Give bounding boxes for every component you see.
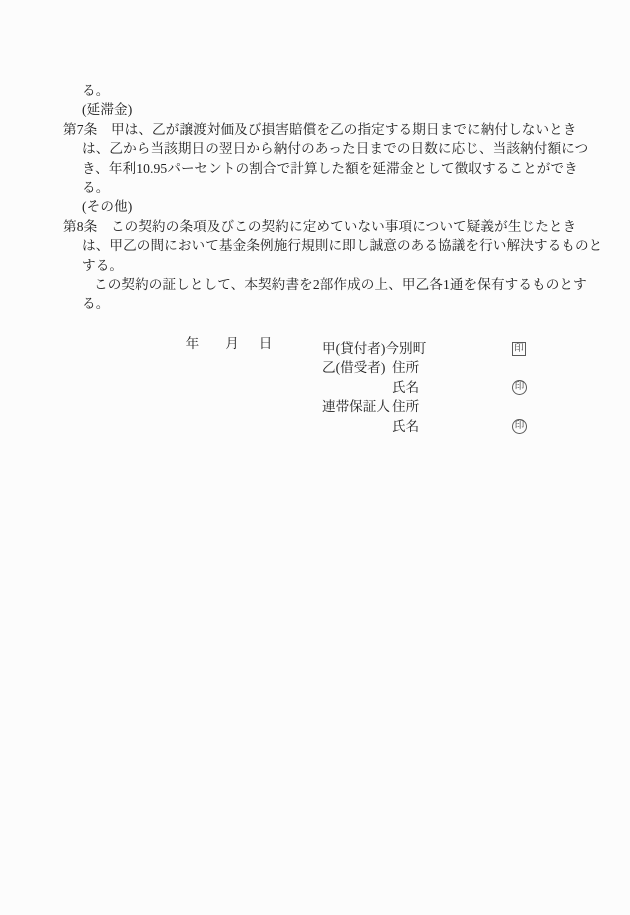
body-line-heading-sonota: (その他) (82, 197, 630, 216)
seal-circle-icon: 印 (512, 380, 527, 395)
signature-guarantor-label: 連帯保証人 (322, 397, 390, 416)
signature-row-guarantor-name: 氏名 印 (322, 417, 572, 436)
date-year-label: 年 (186, 336, 200, 351)
contract-document-page: る。 (延滞金) 第7条 甲は、乙が譲渡対価及び損害賠償を乙の指定する期日までに… (0, 0, 630, 915)
signature-otsu-address-label: 住所 (392, 358, 419, 377)
signature-row-otsu-name: 氏名 印 (322, 378, 572, 397)
body-line-article7-cont2: き、年利10.95パーセントの割合で計算した額を延滞金として徴収することができ (82, 159, 630, 178)
body-line-article8-cont1: は、甲乙の間において基金条例施行規則に即し誠意のある協議を行い解決するものと (82, 236, 630, 255)
body-line-article8: 第8条 この契約の条項及びこの契約に定めていない事項について疑義が生じたとき (63, 217, 630, 236)
signature-otsu-name-label: 氏名 (392, 378, 419, 397)
signature-row-guarantor: 連帯保証人 住所 (322, 397, 572, 416)
body-line-article7-cont1: は、乙から当該期日の翌日から納付のあった日までの日数に応じ、当該納付額につ (82, 139, 630, 158)
signature-guarantor-name-label: 氏名 (392, 417, 419, 436)
seal-square-icon: 印 (512, 342, 526, 356)
date-line: 年月日 (172, 315, 272, 373)
date-month-label: 月 (225, 336, 239, 351)
seal-circle-icon: 印 (512, 419, 527, 434)
signature-row-kou: 甲(貸付者)今別町 印 (322, 339, 572, 358)
body-line-closing-statement2: る。 (82, 294, 630, 313)
signature-guarantor-address-label: 住所 (392, 397, 419, 416)
body-line-article7: 第7条 甲は、乙が譲渡対価及び損害賠償を乙の指定する期日までに納付しないとき (63, 120, 630, 139)
body-line-article8-cont2: する。 (82, 256, 630, 275)
body-line-closing: る。 (82, 81, 630, 100)
signature-row-otsu: 乙(借受者) 住所 (322, 358, 572, 377)
contract-body: る。 (延滞金) 第7条 甲は、乙が譲渡対価及び損害賠償を乙の指定する期日までに… (0, 81, 630, 314)
body-line-heading-encaikin: (延滞金) (82, 100, 630, 119)
body-line-closing-statement: この契約の証しとして、本契約書を2部作成の上、甲乙各1通を保有するものとす (94, 275, 630, 294)
signature-block: 甲(貸付者)今別町 印 乙(借受者) 住所 氏名 印 連帯保証人 住所 氏名 印 (322, 339, 572, 436)
body-line-article7-cont3: る。 (82, 178, 630, 197)
signature-party-otsu-label: 乙(借受者) (322, 358, 385, 377)
date-day-label: 日 (259, 336, 273, 351)
signature-party-kou-label: 甲(貸付者)今別町 (322, 339, 426, 358)
